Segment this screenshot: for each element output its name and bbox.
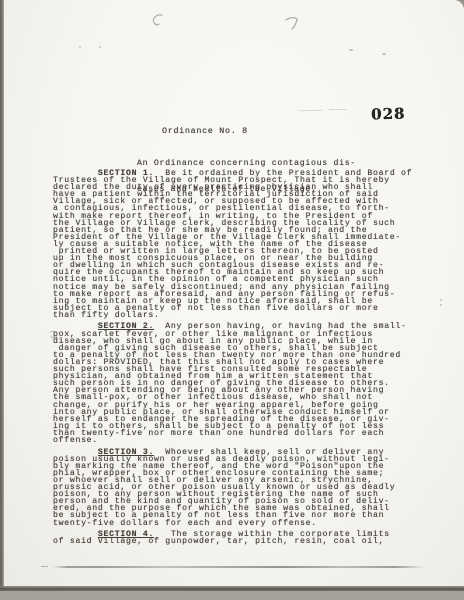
photo-background xyxy=(0,591,464,600)
speck xyxy=(79,46,81,48)
text-line: twenty-five dollars for each and every o… xyxy=(53,520,425,527)
paragraph: SECTION 4. The storage within the corpor… xyxy=(53,531,425,545)
speck xyxy=(440,304,442,306)
page-number-stamp: 028 xyxy=(371,105,406,124)
paragraph: SECTION 3. Whoever shall keep, sell or d… xyxy=(53,449,425,527)
document-page: 028 Ordinance No. 8 An Ordinance concern… xyxy=(3,0,464,588)
scanned-photo: 028 Ordinance No. 8 An Ordinance concern… xyxy=(0,0,464,600)
document-title: Ordinance No. 8 xyxy=(162,126,248,136)
speck xyxy=(99,46,101,48)
page-left-shadow xyxy=(0,0,4,590)
paragraph: SECTION 1. Be it ordained by the Preside… xyxy=(53,170,425,319)
pencil-dash xyxy=(41,566,48,567)
document-paragraphs: SECTION 1. Be it ordained by the Preside… xyxy=(53,170,425,550)
speck xyxy=(440,299,442,301)
pen-mark-icon xyxy=(47,328,61,342)
text-line: than twenty-five nor more than one hundr… xyxy=(53,430,425,437)
speck xyxy=(349,49,353,51)
text-line: than fifty dollars. xyxy=(53,312,425,319)
pen-mark-icon xyxy=(149,12,165,30)
subtitle-line: An Ordinance concerning contagious dis- xyxy=(137,160,356,169)
paragraph: SECTION 2. Any person having, or having … xyxy=(53,323,425,444)
pencil-line xyxy=(53,566,425,568)
text-line: of said Village, of gunpowder, tar, pitc… xyxy=(53,538,425,545)
speck xyxy=(382,53,386,55)
text-line: offense. xyxy=(53,437,425,444)
smudge xyxy=(299,110,323,111)
pen-mark-icon xyxy=(284,15,300,33)
smudge xyxy=(329,109,347,110)
